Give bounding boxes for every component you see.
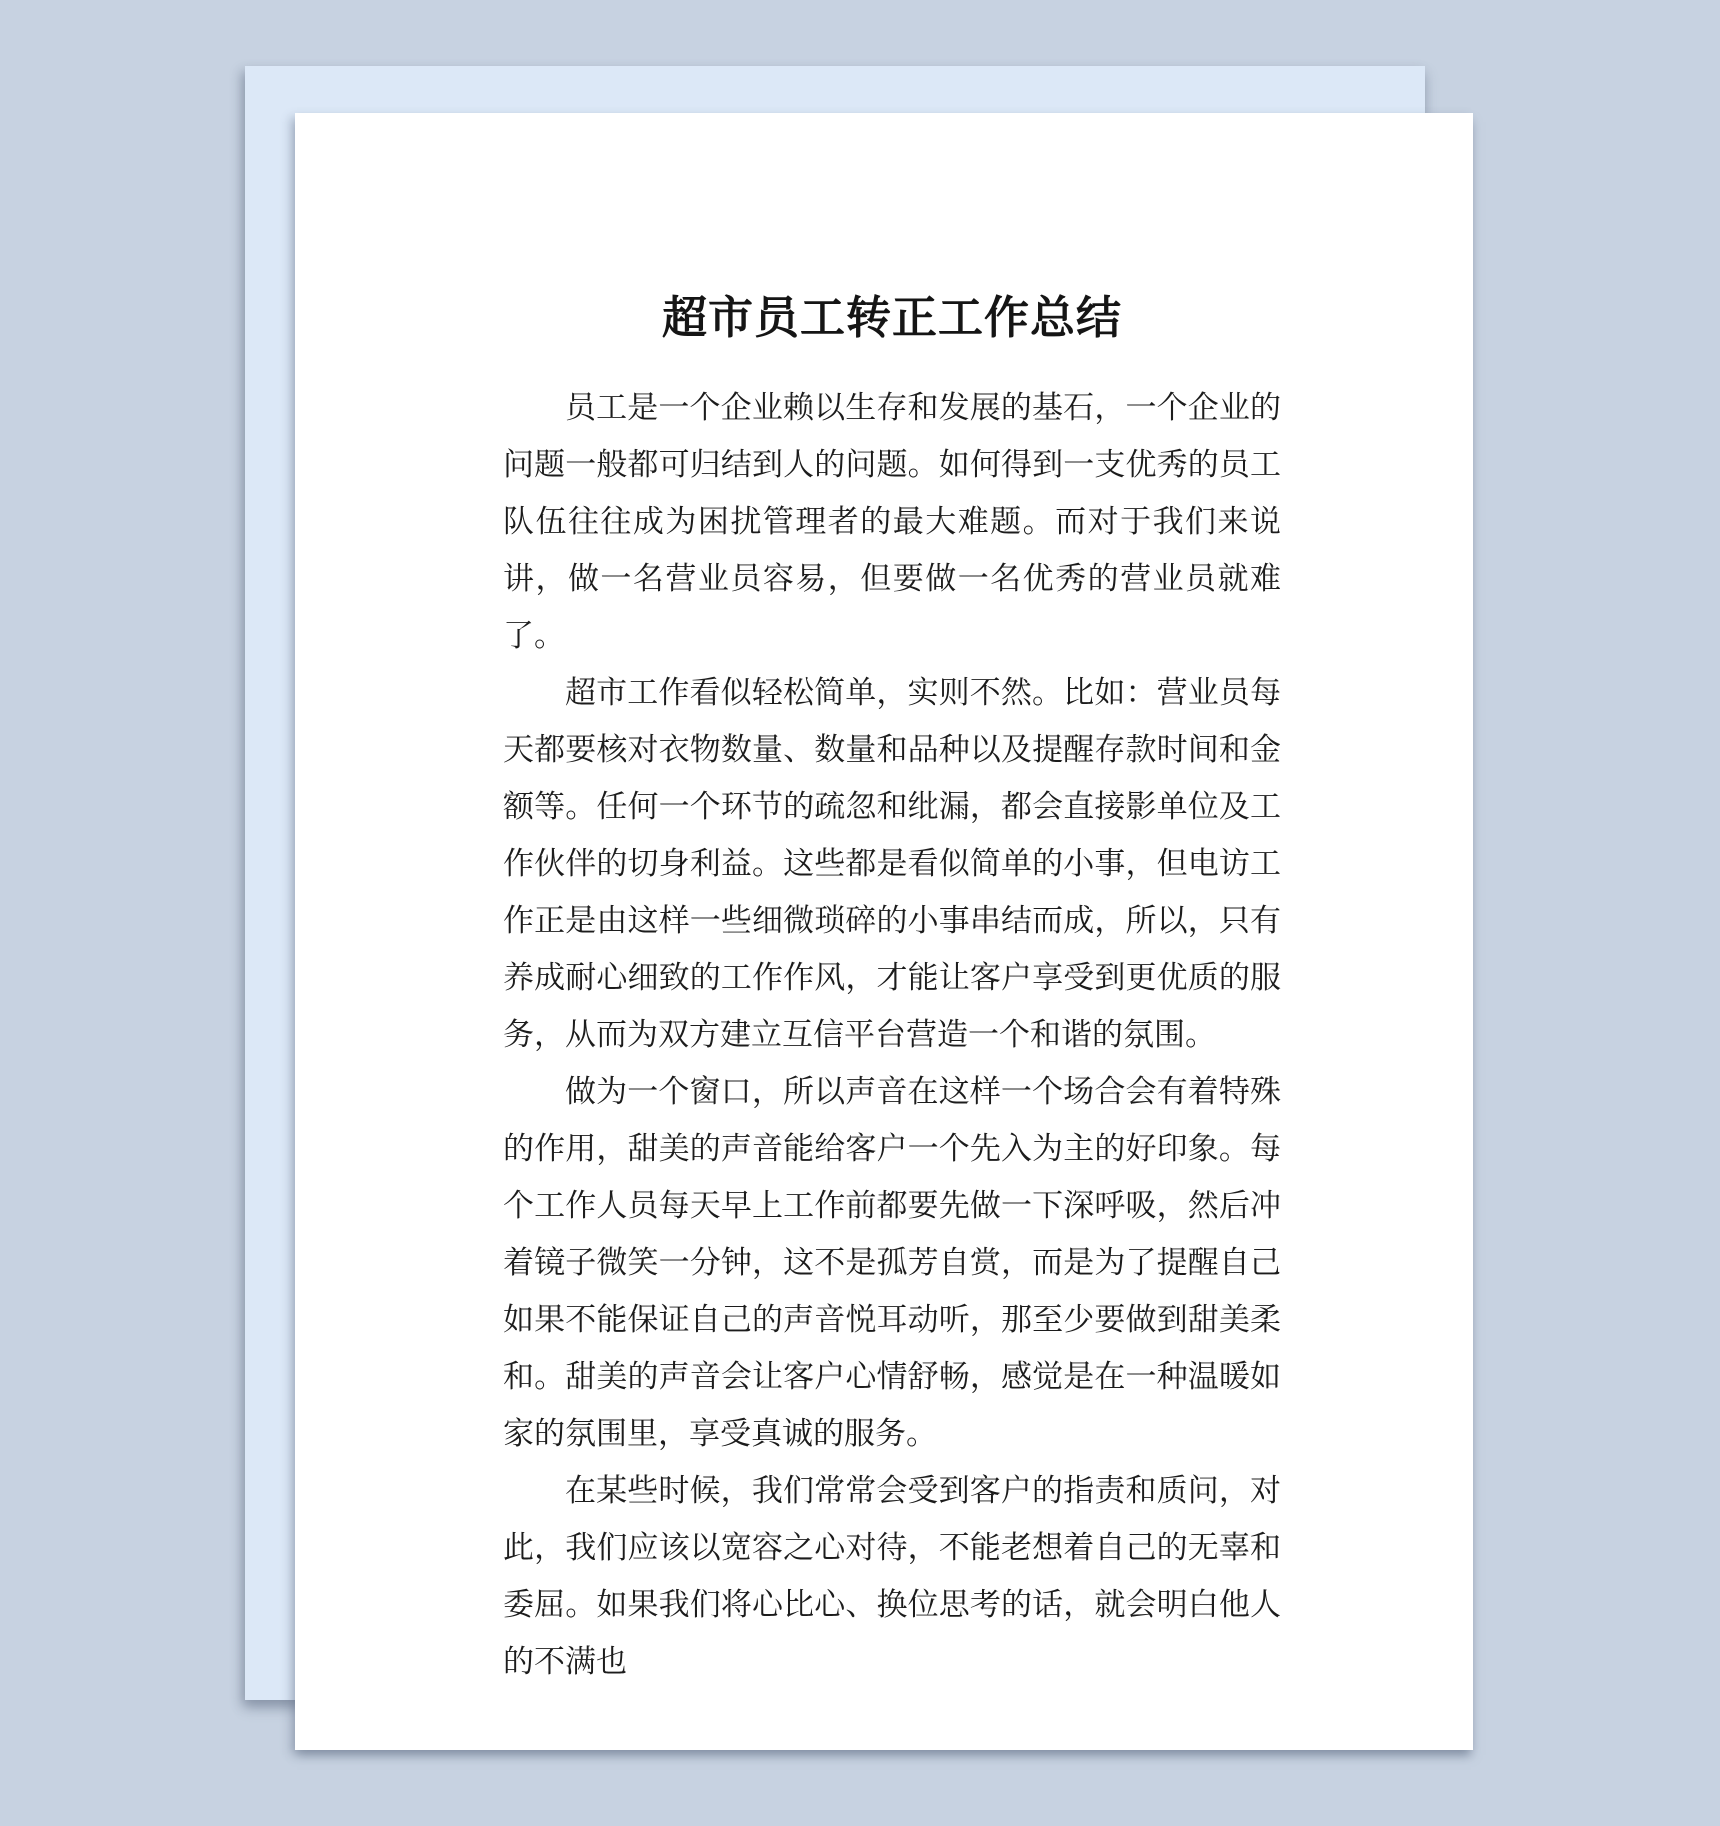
document-title: 超市员工转正工作总结 — [503, 293, 1281, 345]
paragraph: 员工是一个企业赖以生存和发展的基石，一个企业的问题一般都可归结到人的问题。如何得… — [503, 379, 1281, 664]
document-page: 超市员工转正工作总结 员工是一个企业赖以生存和发展的基石，一个企业的问题一般都可… — [295, 113, 1473, 1750]
paragraph: 做为一个窗口，所以声音在这样一个场合会有着特殊的作用，甜美的声音能给客户一个先入… — [503, 1063, 1281, 1462]
document-body: 员工是一个企业赖以生存和发展的基石，一个企业的问题一般都可归结到人的问题。如何得… — [503, 379, 1281, 1690]
desktop-background: { "document": { "title": "超市员工转正工作总结", "… — [0, 0, 1720, 1826]
paragraph: 超市工作看似轻松简单，实则不然。比如：营业员每天都要核对衣物数量、数量和品种以及… — [503, 664, 1281, 1063]
paragraph: 在某些时候，我们常常会受到客户的指责和质问，对此，我们应该以宽容之心对待，不能老… — [503, 1462, 1281, 1690]
